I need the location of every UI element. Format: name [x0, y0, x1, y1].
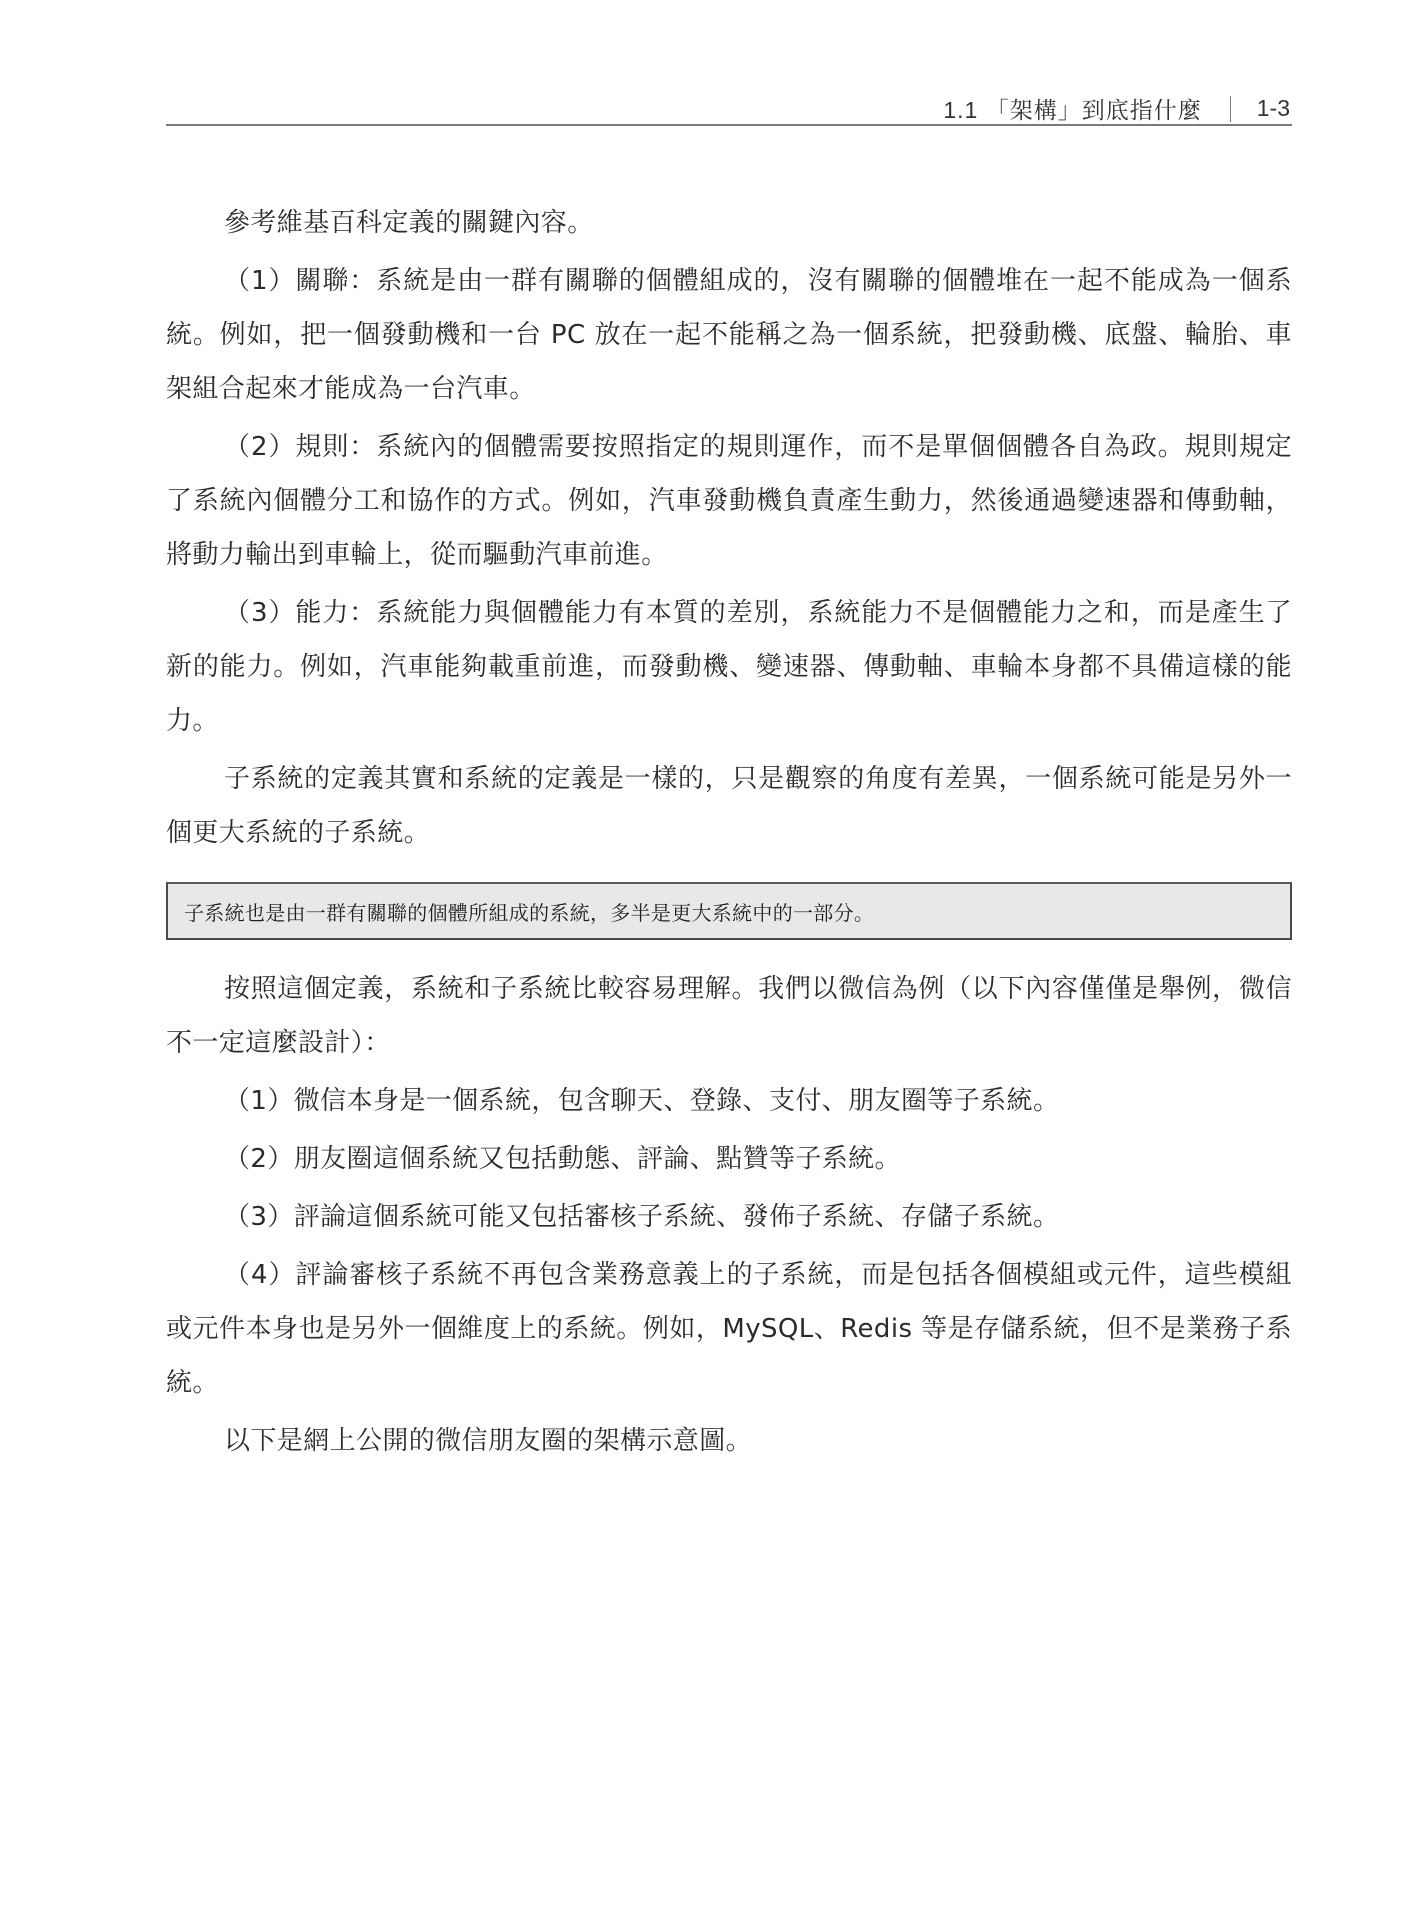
- example-intro-paragraph: 按照這個定義，系統和子系統比較容易理解。我們以微信為例（以下內容僅僅是舉例，微信…: [166, 962, 1292, 1070]
- paragraph-association: （1）關聯：系統是由一群有關聯的個體組成的，沒有關聯的個體堆在一起不能成為一個系…: [166, 254, 1292, 416]
- intro-paragraph: 參考維基百科定義的關鍵內容。: [166, 196, 1292, 250]
- note-box: 子系統也是由一群有關聯的個體所組成的系統，多半是更大系統中的一部分。: [166, 882, 1292, 940]
- page-number: 1-3: [1257, 95, 1290, 122]
- example-item: （2）朋友圈這個系統又包括動態、評論、點贊等子系統。: [166, 1132, 1292, 1186]
- note-text: 子系統也是由一群有關聯的個體所組成的系統，多半是更大系統中的一部分。: [184, 897, 874, 926]
- page-header: 1.1 「架構」到底指什麼 1-3: [166, 88, 1292, 126]
- closing-paragraph: 以下是網上公開的微信朋友圈的架構示意圖。: [166, 1414, 1292, 1468]
- paragraph-rules: （2）規則：系統內的個體需要按照指定的規則運作，而不是單個個體各自為政。規則規定…: [166, 420, 1292, 582]
- paragraph-subsystem-definition: 子系統的定義其實和系統的定義是一樣的，只是觀察的角度有差異，一個系統可能是另外一…: [166, 752, 1292, 860]
- paragraph-capability: （3）能力：系統能力與個體能力有本質的差別，系統能力不是個體能力之和，而是產生了…: [166, 586, 1292, 748]
- running-head: 1.1 「架構」到底指什麼 1-3: [943, 92, 1290, 125]
- section-title: 1.1 「架構」到底指什麼: [943, 92, 1201, 125]
- example-item: （3）評論這個系統可能又包括審核子系統、發佈子系統、存儲子系統。: [166, 1190, 1292, 1244]
- page-body: 參考維基百科定義的關鍵內容。 （1）關聯：系統是由一群有關聯的個體組成的，沒有關…: [166, 196, 1292, 1468]
- header-divider: [1230, 96, 1231, 122]
- example-item: （1）微信本身是一個系統，包含聊天、登錄、支付、朋友圈等子系統。: [166, 1074, 1292, 1128]
- example-item: （4）評論審核子系統不再包含業務意義上的子系統，而是包括各個模組或元件，這些模組…: [166, 1248, 1292, 1410]
